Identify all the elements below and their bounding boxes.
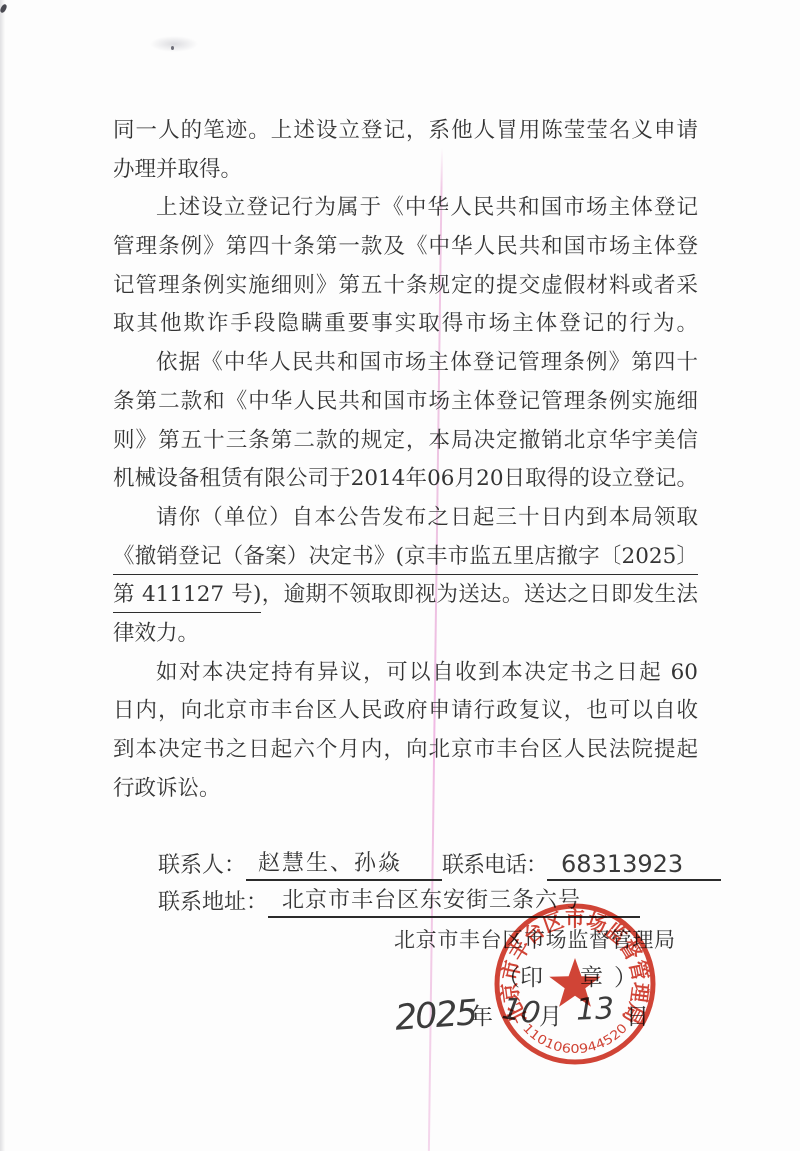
line-text: 到本决定书之日起六个月内，向北京市丰台区人民法院提起 xyxy=(113,737,698,762)
line-text: 行政诉讼。 xyxy=(113,776,221,801)
document-line: 取其他欺诈手段隐瞒重要事实取得市场主体登记的行为。 xyxy=(113,305,698,344)
document-line: 管理条例》第四十条第一款及《中华人民共和国市场主体登 xyxy=(113,228,698,267)
line-text: 取其他欺诈手段隐瞒重要事实取得市场主体登记的行为。 xyxy=(113,311,698,336)
document-line: 日内，向北京市丰台区人民政府申请行政复议，也可以自收 xyxy=(113,692,698,731)
document-line: 请你（单位）自本公告发布之日起三十日内到本局领取 xyxy=(113,499,698,538)
document-line: 行政诉讼。 xyxy=(113,770,698,809)
line-text: 律效力。 xyxy=(113,621,199,646)
line-text: 机械设备租赁有限公司于2014年06月20日取得的设立登记。 xyxy=(113,466,698,491)
scan-edge-shadow xyxy=(0,0,7,1151)
contact-person-value: 赵慧生、孙焱 xyxy=(258,851,402,876)
handwritten-year: 2025 xyxy=(394,996,477,1037)
line-text: 如对本决定持有异议，可以自收到本决定书之日起 60 xyxy=(156,660,698,685)
line-text: ，逾期不领取即视为送达。送达之日即发生法 xyxy=(261,582,698,607)
contact-row-person-phone: 联系人： 赵慧生、孙焱 联系电话： 68313923 xyxy=(158,851,721,881)
document-line: 到本决定书之日起六个月内，向北京市丰台区人民法院提起 xyxy=(113,731,698,770)
contact-person-field: 赵慧生、孙焱 xyxy=(246,849,442,881)
document-line: 律效力。 xyxy=(113,615,698,654)
official-red-seal: 北京市丰台区市场监督管理局 1101060944520 xyxy=(489,898,661,1070)
document-line: 《撤销登记（备案）决定书》(京丰市监五里店撤字〔2025〕 xyxy=(113,538,698,577)
document-line: 条第二款和《中华人民共和国市场主体登记管理条例实施细 xyxy=(113,383,698,422)
document-line: 如对本决定持有异议，可以自收到本决定书之日起 60 xyxy=(113,654,698,693)
scan-smudge xyxy=(150,36,198,52)
line-text: 办理并取得。 xyxy=(113,157,242,182)
scanned-document-page: 同一人的笔迹。上述设立登记，系他人冒用陈莹莹名义申请办理并取得。上述设立登记行为… xyxy=(0,0,800,1151)
document-line: 上述设立登记行为属于《中华人民共和国市场主体登记 xyxy=(113,189,698,228)
contact-phone-field: 68313923 xyxy=(547,849,721,881)
underlined-text: 《撤销登记（备案）决定书》(京丰市监五里店撤字〔2025〕 xyxy=(113,544,698,575)
document-line: 记管理条例实施细则》第五十条规定的提交虚假材料或者采 xyxy=(113,267,698,306)
line-text: 请你（单位）自本公告发布之日起三十日内到本局领取 xyxy=(156,505,698,530)
line-text: 上述设立登记行为属于《中华人民共和国市场主体登记 xyxy=(156,195,698,220)
contact-address-label: 联系地址： xyxy=(158,888,268,918)
document-body: 同一人的笔迹。上述设立登记，系他人冒用陈莹莹名义申请办理并取得。上述设立登记行为… xyxy=(113,112,698,808)
scan-smudge-dot xyxy=(171,46,174,50)
document-line: 机械设备租赁有限公司于2014年06月20日取得的设立登记。 xyxy=(113,460,698,499)
seal-star-icon xyxy=(549,958,600,1007)
line-text: 依据《中华人民共和国市场主体登记管理条例》第四十 xyxy=(156,350,698,375)
document-line: 办理并取得。 xyxy=(113,151,698,190)
document-line: 第 411127 号)，逾期不领取即视为送达。送达之日即发生法 xyxy=(113,576,698,615)
document-line: 依据《中华人民共和国市场主体登记管理条例》第四十 xyxy=(113,344,698,383)
contact-person-label: 联系人： xyxy=(158,851,246,881)
line-text: 记管理条例实施细则》第五十条规定的提交虚假材料或者采 xyxy=(113,273,698,298)
underlined-text: 第 411127 号) xyxy=(113,582,261,613)
line-text: 同一人的笔迹。上述设立登记，系他人冒用陈莹莹名义申请 xyxy=(113,118,698,143)
document-line: 同一人的笔迹。上述设立登记，系他人冒用陈莹莹名义申请 xyxy=(113,112,698,151)
line-text: 管理条例》第四十条第一款及《中华人民共和国市场主体登 xyxy=(113,234,698,259)
line-text: 条第二款和《中华人民共和国市场主体登记管理条例实施细 xyxy=(113,389,698,414)
line-text: 则》第五十三条第二款的规定，本局决定撤销北京华宇美信 xyxy=(113,428,698,453)
contact-phone-value: 68313923 xyxy=(561,850,683,878)
document-line: 则》第五十三条第二款的规定，本局决定撤销北京华宇美信 xyxy=(113,422,698,461)
contact-phone-label: 联系电话： xyxy=(442,851,547,881)
line-text: 日内，向北京市丰台区人民政府申请行政复议，也可以自收 xyxy=(113,698,698,723)
